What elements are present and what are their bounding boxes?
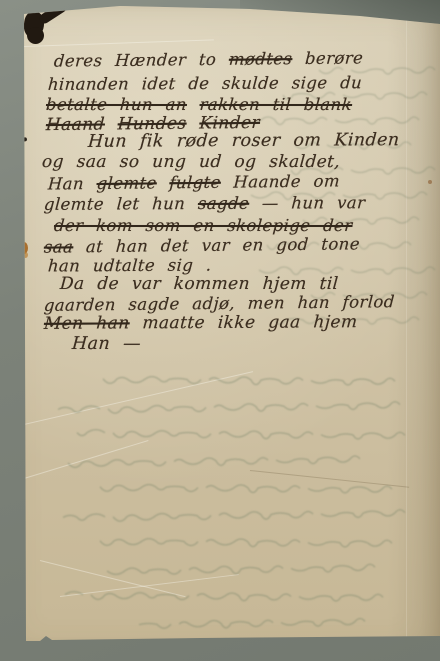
manuscript-line: saa at han det var en god tone: [43, 234, 360, 257]
handwritten-word: glemte let hun: [43, 194, 198, 214]
manuscript-line: Men han maatte ikke gaa hjem: [43, 312, 358, 334]
handwritten-word: deres Hænder to: [53, 50, 229, 71]
handwritten-word: Haande om: [220, 171, 340, 191]
struck-word: mødtes: [228, 49, 293, 69]
manuscript-line: betalte hun an rakken til blank: [45, 95, 352, 115]
struck-word: der kom som en skolepige der: [53, 216, 353, 235]
struck-word: saa: [43, 237, 73, 256]
struck-word: betalte hun an: [45, 95, 187, 114]
handwritten-word: maatte ikke gaa hjem: [129, 312, 358, 333]
manuscript-line: Da de var kommen hjem til: [59, 274, 339, 294]
handwriting-block: deres Hænder to mødtes berørehinanden id…: [0, 0, 440, 661]
handwritten-word: Da de var kommen hjem til: [59, 274, 339, 294]
manuscript-line: deres Hænder to mødtes berøre: [53, 48, 364, 71]
struck-word: glemte: [96, 173, 157, 193]
handwritten-word: — hun var: [249, 193, 366, 213]
handwritten-word: Han —: [71, 334, 141, 354]
struck-word: fulgte: [169, 173, 222, 193]
handwritten-word: berøre: [292, 48, 364, 68]
manuscript-line: Hun fik røde roser om Kinden: [87, 130, 400, 152]
foxing-speck: [8, 604, 13, 609]
handwritten-word: Han: [47, 174, 97, 194]
manuscript-line: glemte let hun sagde — hun var: [43, 193, 366, 215]
handwritten-word: at han det var en god tone: [73, 234, 361, 256]
manuscript-line: Han —: [71, 334, 141, 354]
handwritten-word: han udtalte sig .: [47, 256, 212, 276]
handwritten-word: hinanden idet de skulde sige du: [47, 73, 362, 94]
photo-background: deres Hænder to mødtes berørehinanden id…: [0, 0, 440, 661]
struck-word: Men han: [43, 313, 130, 333]
manuscript-line: Han glemte fulgte Haande om: [47, 171, 340, 194]
struck-word: rakken til blank: [199, 95, 353, 114]
manuscript-line: der kom som en skolepige der: [53, 216, 353, 236]
struck-word: sagde: [197, 194, 249, 213]
manuscript-line: og saa so ung ud og skaldet,: [41, 152, 341, 172]
manuscript-line: hinanden idet de skulde sige du: [47, 73, 362, 95]
handwritten-word: Hun fik røde roser om Kinden: [87, 130, 400, 152]
manuscript-page: deres Hænder to mødtes berørehinanden id…: [0, 0, 440, 661]
handwritten-word: og saa so ung ud og skaldet,: [41, 152, 341, 172]
